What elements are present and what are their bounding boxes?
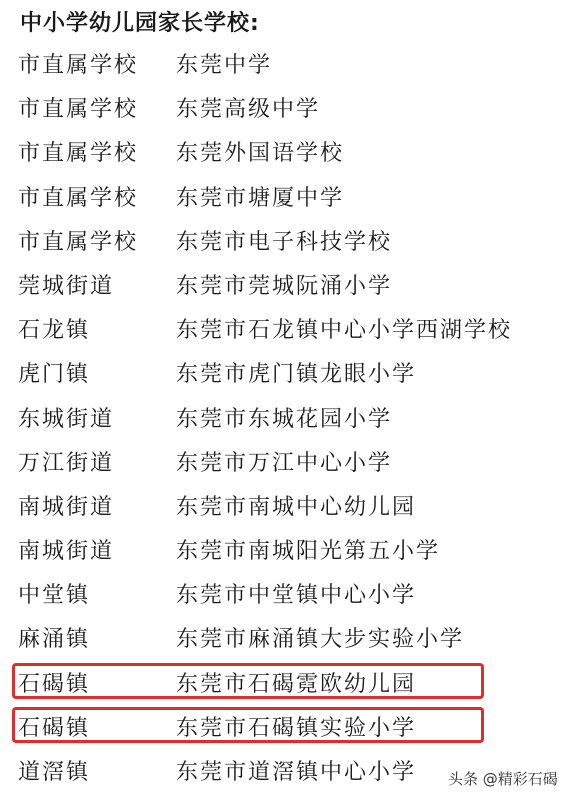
school-name: 东莞市莞城阮涌小学 bbox=[176, 269, 392, 300]
list-item: 市直属学校东莞市塘厦中学 bbox=[0, 177, 563, 221]
list-item: 市直属学校东莞高级中学 bbox=[0, 88, 563, 132]
district-label: 南城街道 bbox=[18, 534, 114, 565]
district-label: 市直属学校 bbox=[18, 136, 138, 167]
district-label: 莞城街道 bbox=[18, 269, 114, 300]
district-label: 麻涌镇 bbox=[18, 622, 90, 653]
school-name: 东莞市道滘镇中心小学 bbox=[176, 755, 416, 786]
district-label: 虎门镇 bbox=[18, 357, 90, 388]
list-item: 石龙镇东莞市石龙镇中心小学西湖学校 bbox=[0, 309, 563, 353]
school-name: 东莞市石碣镇实验小学 bbox=[176, 711, 416, 742]
school-name: 东莞市中堂镇中心小学 bbox=[176, 578, 416, 609]
district-label: 石龙镇 bbox=[18, 313, 90, 344]
school-name: 东莞市电子科技学校 bbox=[176, 225, 392, 256]
highlighted-list-item: 石碣镇东莞市石碣镇实验小学 bbox=[0, 707, 563, 751]
list-item: 虎门镇东莞市虎门镇龙眼小学 bbox=[0, 353, 563, 397]
list-item: 万江街道东莞市万江中心小学 bbox=[0, 442, 563, 486]
district-label: 东城街道 bbox=[18, 402, 114, 433]
district-label: 石碣镇 bbox=[18, 667, 90, 698]
district-label: 市直属学校 bbox=[18, 181, 138, 212]
school-name: 东莞市东城花园小学 bbox=[176, 402, 392, 433]
school-name: 东莞市虎门镇龙眼小学 bbox=[176, 357, 416, 388]
district-label: 道滘镇 bbox=[18, 755, 90, 786]
district-label: 南城街道 bbox=[18, 490, 114, 521]
highlighted-list-item: 石碣镇东莞市石碣霓欧幼儿园 bbox=[0, 663, 563, 707]
school-name: 东莞市石龙镇中心小学西湖学校 bbox=[176, 313, 512, 344]
district-label: 中堂镇 bbox=[18, 578, 90, 609]
school-name: 东莞市南城中心幼儿园 bbox=[176, 490, 416, 521]
school-name: 东莞市南城阳光第五小学 bbox=[176, 534, 440, 565]
school-name: 东莞市万江中心小学 bbox=[176, 446, 392, 477]
list-item: 市直属学校东莞中学 bbox=[0, 44, 563, 88]
district-label: 石碣镇 bbox=[18, 711, 90, 742]
list-item: 莞城街道东莞市莞城阮涌小学 bbox=[0, 265, 563, 309]
school-name: 东莞外国语学校 bbox=[176, 136, 344, 167]
school-name: 东莞市麻涌镇大步实验小学 bbox=[176, 622, 464, 653]
district-label: 市直属学校 bbox=[18, 225, 138, 256]
list-item: 市直属学校东莞市电子科技学校 bbox=[0, 221, 563, 265]
document-title: 中小学幼儿园家长学校: bbox=[20, 6, 260, 37]
list-item: 麻涌镇东莞市麻涌镇大步实验小学 bbox=[0, 618, 563, 662]
school-name: 东莞中学 bbox=[176, 48, 272, 79]
school-list: 市直属学校东莞中学 市直属学校东莞高级中学 市直属学校东莞外国语学校 市直属学校… bbox=[0, 44, 563, 795]
list-item: 南城街道东莞市南城阳光第五小学 bbox=[0, 530, 563, 574]
school-name: 东莞市石碣霓欧幼儿园 bbox=[176, 667, 416, 698]
school-name: 东莞市塘厦中学 bbox=[176, 181, 344, 212]
district-label: 市直属学校 bbox=[18, 48, 138, 79]
list-item: 南城街道东莞市南城中心幼儿园 bbox=[0, 486, 563, 530]
district-label: 万江街道 bbox=[18, 446, 114, 477]
list-item: 市直属学校东莞外国语学校 bbox=[0, 132, 563, 176]
school-name: 东莞高级中学 bbox=[176, 92, 320, 123]
list-item: 中堂镇东莞市中堂镇中心小学 bbox=[0, 574, 563, 618]
list-item: 东城街道东莞市东城花园小学 bbox=[0, 398, 563, 442]
district-label: 市直属学校 bbox=[18, 92, 138, 123]
watermark: 头条 @精彩石碣 bbox=[448, 768, 558, 789]
